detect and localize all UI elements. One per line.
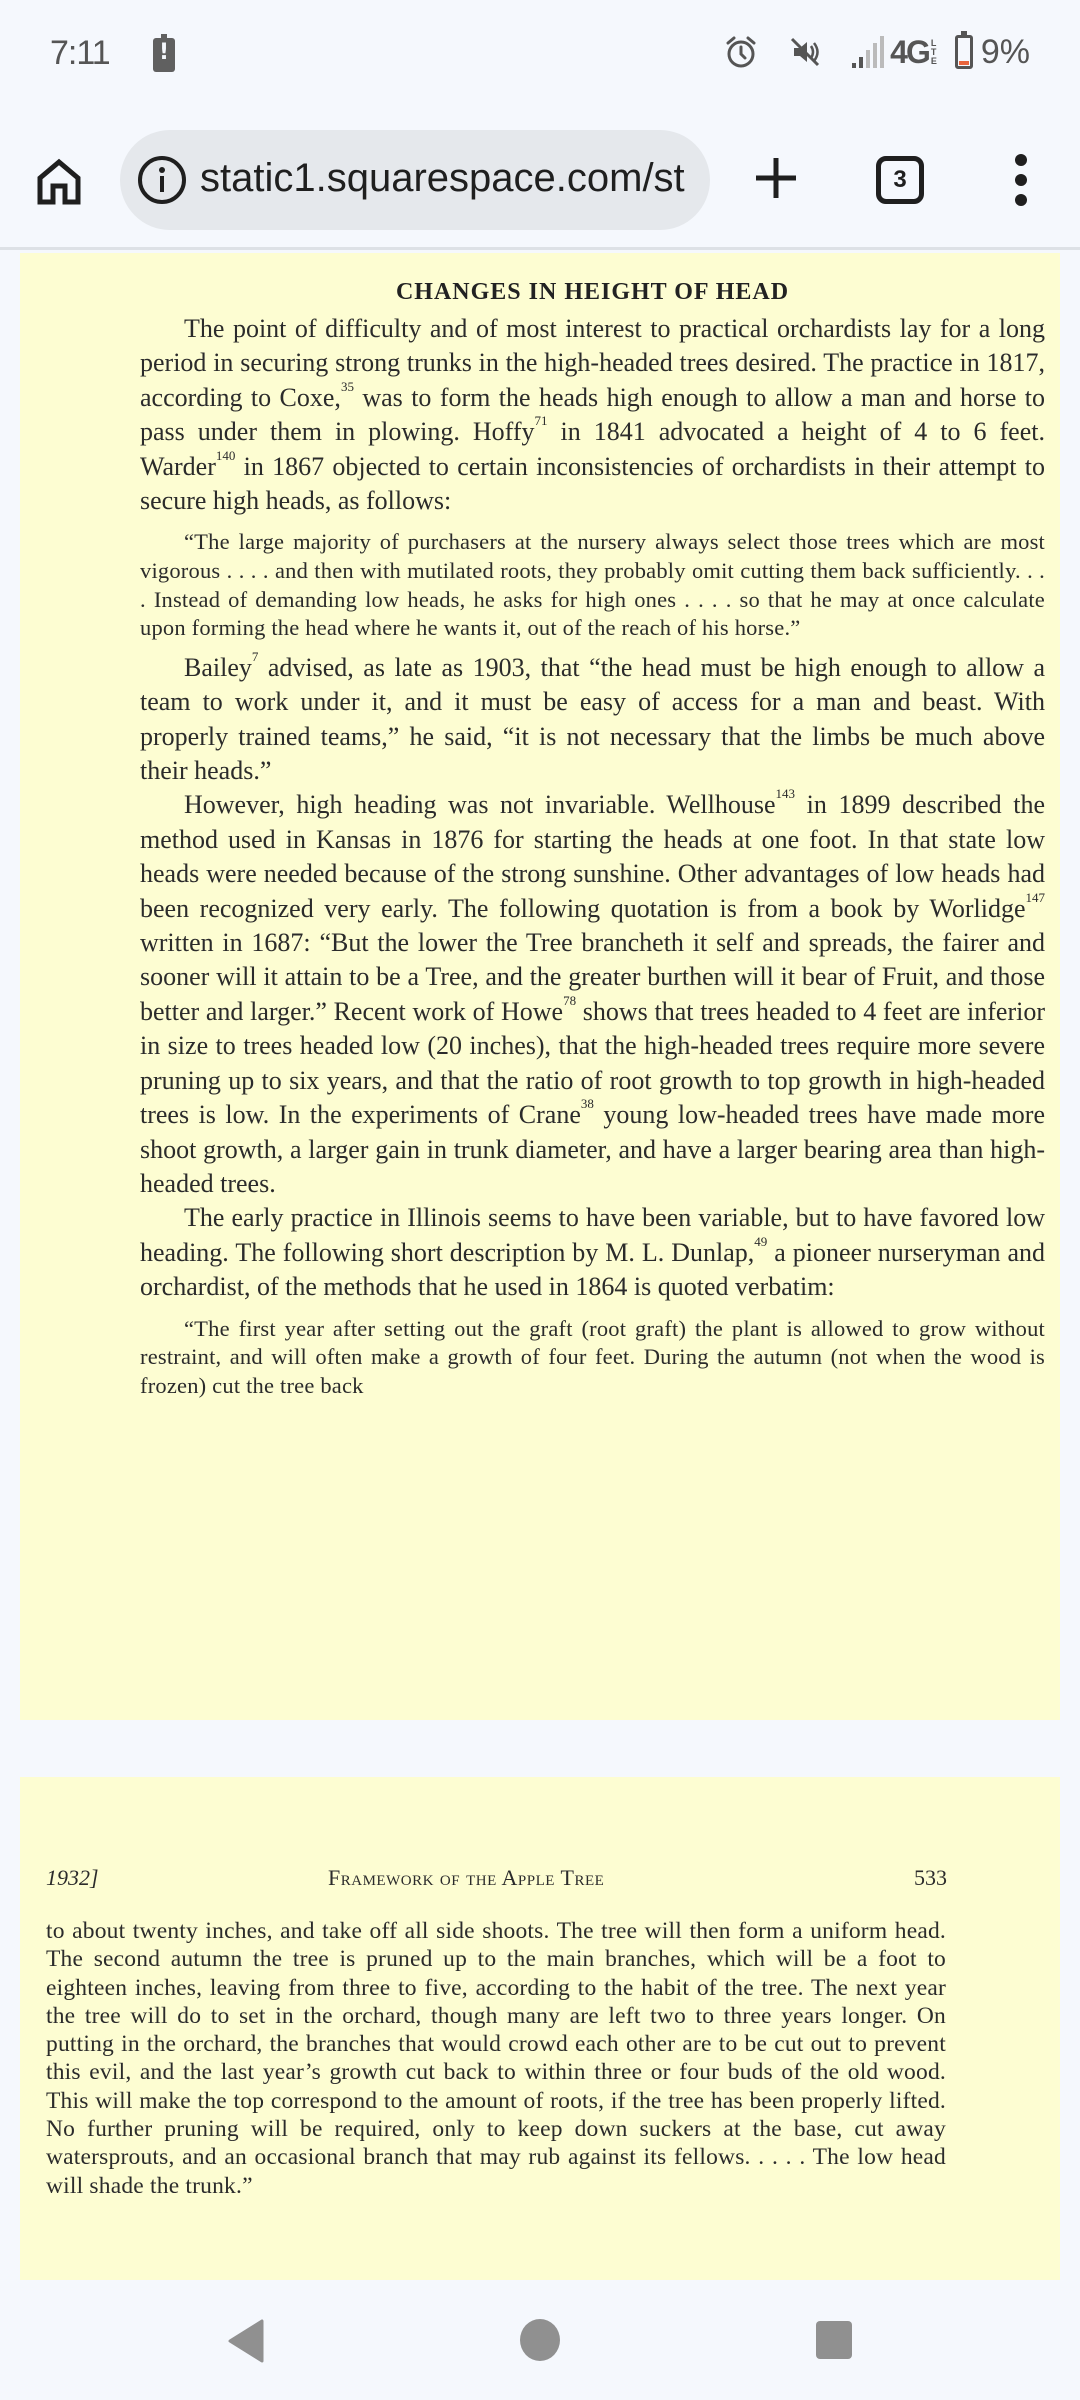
- document-page-532: CHANGES IN HEIGHT OF HEAD The point of d…: [20, 253, 1060, 1720]
- paragraph: The point of difficulty and of most inte…: [140, 312, 1045, 518]
- running-head-year: 1932]: [46, 1865, 99, 1891]
- paragraph: Bailey7 advised, as late as 1903, that “…: [140, 651, 1045, 789]
- block-quote: “The first year after setting out the gr…: [140, 1315, 1045, 1401]
- document-viewer[interactable]: CHANGES IN HEIGHT OF HEAD The point of d…: [0, 253, 1080, 2280]
- home-icon[interactable]: [34, 156, 84, 206]
- footnote-ref[interactable]: 140: [216, 448, 236, 463]
- status-icons: 4G LTE 9%: [724, 30, 1030, 74]
- system-nav-bar: [0, 2280, 1080, 2400]
- battery-percent: 9%: [981, 33, 1030, 72]
- paragraph: to about twenty inches, and take off all…: [46, 1917, 946, 2200]
- paragraph: The early practice in Illinois seems to …: [140, 1201, 1045, 1304]
- footnote-ref[interactable]: 35: [341, 379, 354, 394]
- battery-icon: [955, 35, 973, 69]
- home-circle-icon[interactable]: [520, 2319, 560, 2361]
- address-bar[interactable]: static1.squarespace.com/st: [120, 130, 710, 230]
- footnote-ref[interactable]: 143: [776, 786, 796, 801]
- status-bar: 7:11 ! 4G LTE 9%: [0, 0, 1080, 110]
- page-body: CHANGES IN HEIGHT OF HEAD The point of d…: [140, 279, 1045, 1408]
- url-text[interactable]: static1.squarespace.com/st: [200, 156, 700, 201]
- running-head: 1932] Framework of the Apple Tree 533: [46, 1865, 946, 1895]
- page-number: 533: [914, 1865, 947, 1891]
- mute-icon: [788, 35, 822, 69]
- signal-icon: [850, 35, 884, 69]
- section-heading: CHANGES IN HEIGHT OF HEAD: [140, 279, 1045, 306]
- footnote-ref[interactable]: 7: [252, 649, 259, 664]
- status-time: 7:11: [50, 34, 110, 73]
- more-vert-icon[interactable]: [1006, 154, 1036, 208]
- browser-toolbar: static1.squarespace.com/st 3: [0, 110, 1080, 250]
- lte-badge: LTE: [931, 39, 937, 66]
- footnote-ref[interactable]: 71: [535, 413, 548, 428]
- running-head-title: Framework of the Apple Tree: [328, 1865, 604, 1891]
- back-icon[interactable]: [226, 2319, 266, 2363]
- footnote-ref[interactable]: 49: [754, 1234, 767, 1249]
- info-icon[interactable]: [136, 154, 188, 206]
- alarm-icon: [724, 35, 758, 69]
- paragraph: However, high heading was not invariable…: [140, 788, 1045, 1201]
- block-quote: “The large majority of purchasers at the…: [140, 528, 1045, 642]
- document-page-533: 1932] Framework of the Apple Tree 533 to…: [20, 1777, 1060, 2280]
- footnote-ref[interactable]: 38: [581, 1096, 594, 1111]
- tab-switcher-button[interactable]: 3: [876, 156, 924, 204]
- footnote-ref[interactable]: 78: [563, 993, 576, 1008]
- recents-icon[interactable]: [816, 2321, 852, 2359]
- battery-alert-icon: !: [153, 38, 175, 72]
- footnote-ref[interactable]: 147: [1026, 890, 1046, 905]
- network-type: 4G: [890, 34, 929, 71]
- plus-icon[interactable]: [750, 152, 802, 204]
- tab-count: 3: [893, 166, 906, 193]
